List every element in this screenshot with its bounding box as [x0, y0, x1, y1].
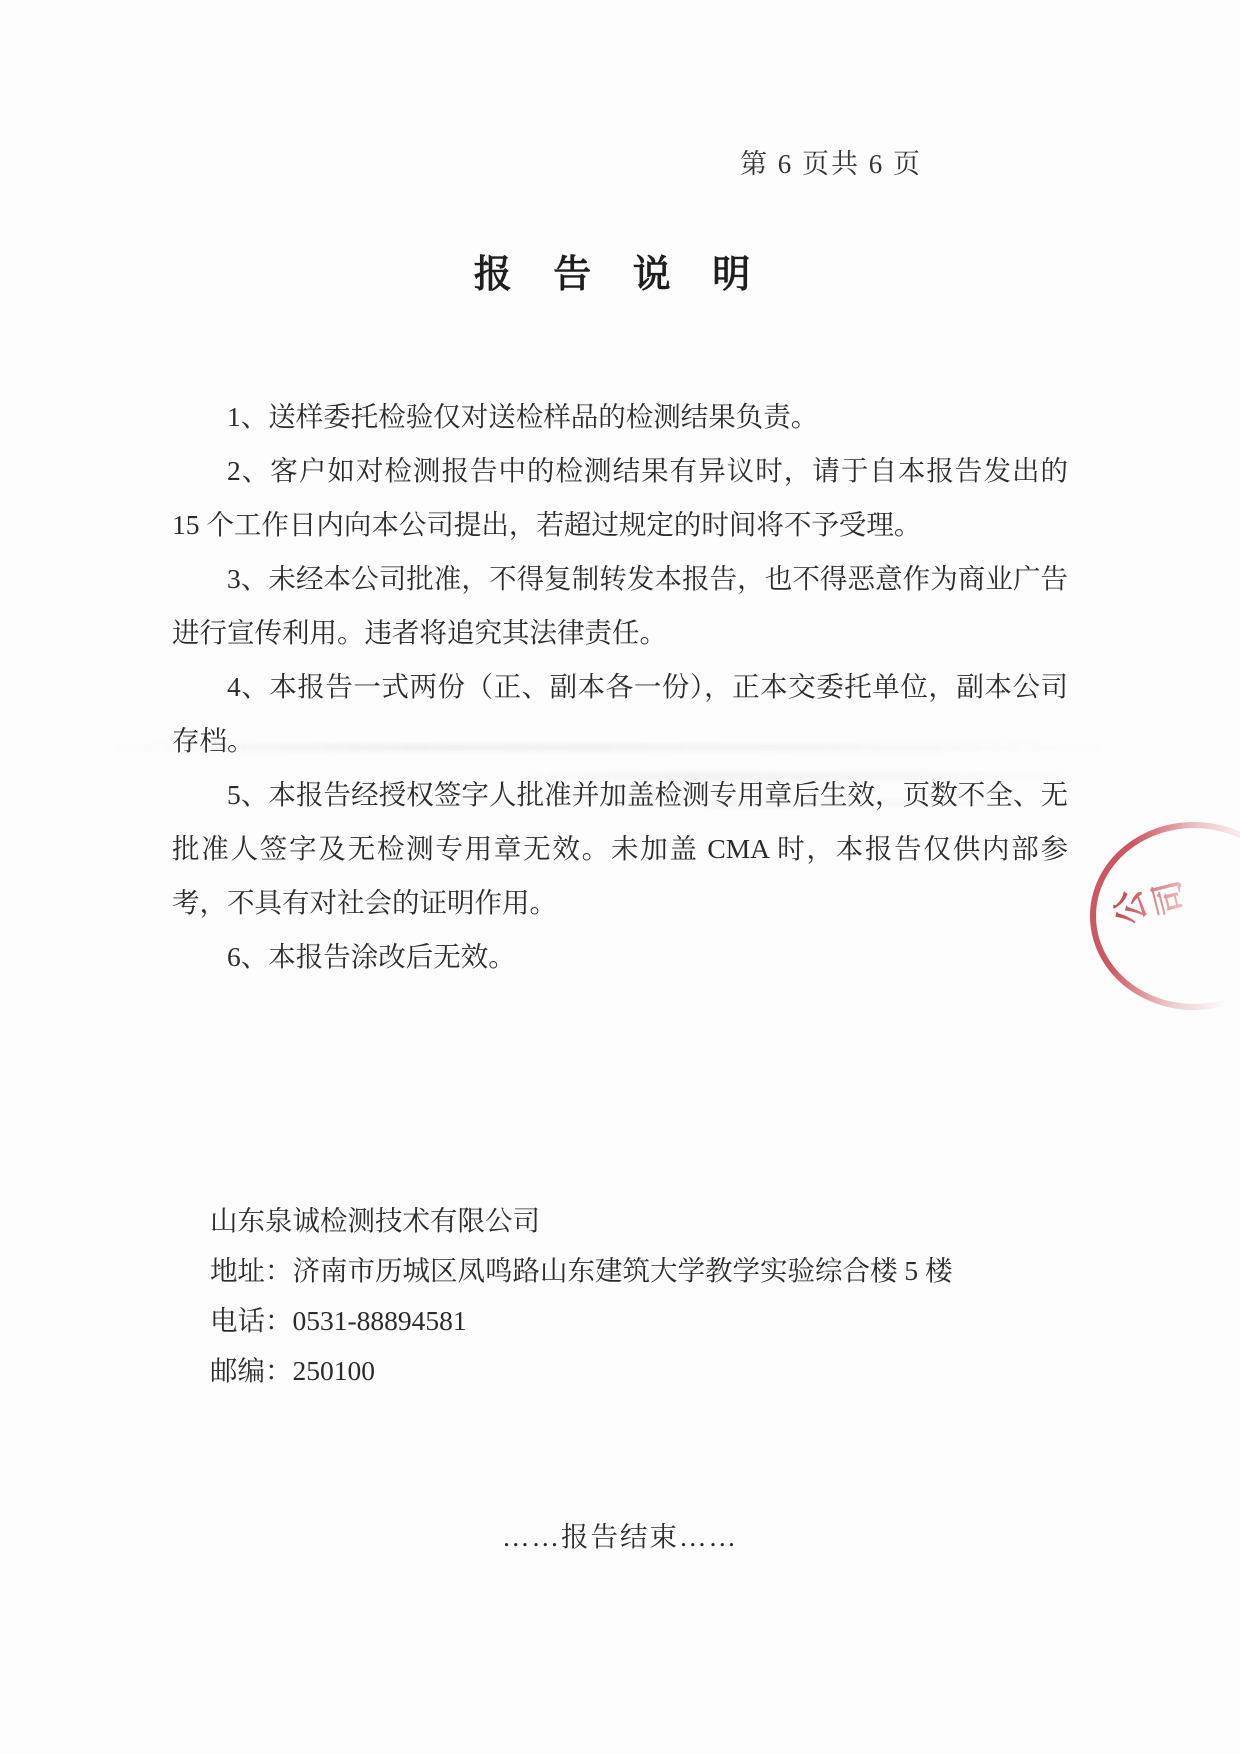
company-postal-code: 邮编：250100: [210, 1346, 1240, 1396]
company-name: 山东泉诚检测技术有限公司: [210, 1196, 1240, 1246]
note-item-5: 5、本报告经授权签字人批准并加盖检测专用章后生效，页数不全、无批准人签字及无检测…: [172, 768, 1068, 930]
page-title: 报 告 说 明: [0, 243, 1240, 298]
company-info-block: 山东泉诚检测技术有限公司 地址：济南市历城区凤鸣路山东建筑大学教学实验综合楼 5…: [210, 1196, 1240, 1396]
page-number: 第 6 页共 6 页: [0, 0, 1240, 181]
report-page: 第 6 页共 6 页 报 告 说 明 1、送样委托检验仅对送检样品的检测结果负责…: [0, 0, 1240, 1754]
note-item-3: 3、未经本公司批准，不得复制转发本报告，也不得恶意作为商业广告进行宣传利用。违者…: [172, 552, 1068, 660]
notes-section: 1、送样委托检验仅对送检样品的检测结果负责。 2、客户如对检测报告中的检测结果有…: [172, 390, 1068, 984]
company-seal-stamp: 公司: [1090, 822, 1240, 1010]
note-item-2: 2、客户如对检测报告中的检测结果有异议时，请于自本报告发出的 15 个工作日内向…: [172, 444, 1068, 552]
note-item-4: 4、本报告一式两份（正、副本各一份），正本交委托单位，副本公司存档。: [172, 660, 1068, 768]
note-item-6: 6、本报告涂改后无效。: [172, 930, 1068, 984]
note-item-1: 1、送样委托检验仅对送检样品的检测结果负责。: [172, 390, 1068, 444]
company-address: 地址：济南市历城区凤鸣路山东建筑大学教学实验综合楼 5 楼: [210, 1246, 1240, 1296]
report-end-text: ……报告结束……: [0, 1514, 1240, 1554]
stamp-fade-overlay: [1080, 812, 1240, 1020]
company-phone: 电话：0531-88894581: [210, 1296, 1240, 1346]
